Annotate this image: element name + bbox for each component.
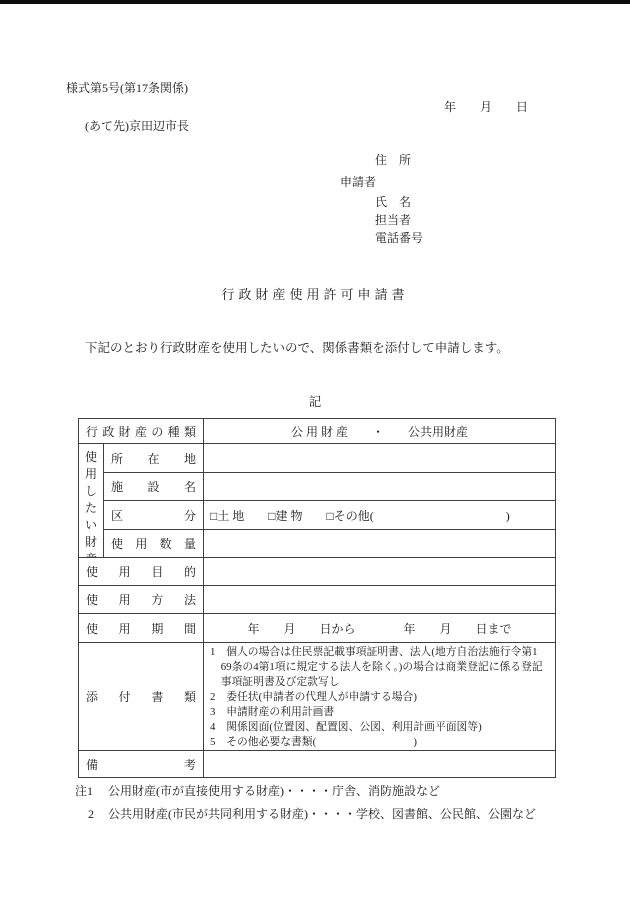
property-type-label: 行政財産の種類 xyxy=(79,423,203,440)
desired-property-vertical-header-cell: 使用したい財産 xyxy=(79,444,104,558)
form-number: 様式第5号(第17条関係) xyxy=(66,81,188,95)
intro-sentence: 下記のとおり行政財産を使用したいので、関係書類を添付して申請します。 xyxy=(85,341,509,356)
desired-property-vertical-label: 使用したい財産 xyxy=(79,446,103,556)
application-form-table: 行政財産の種類 公 用 財 産 ・ 公共用財産 使用したい財産 所在地 施設名 … xyxy=(78,418,556,778)
address-label: 住 所 xyxy=(375,153,411,167)
location-label: 所在地 xyxy=(104,450,203,467)
footnote-2-text: 公共用財産(市民が共同利用する財産)・・・・学校、図書館、公民館、公園など xyxy=(108,807,536,821)
purpose-value-cell xyxy=(204,558,556,586)
facility-name-value-cell xyxy=(204,473,556,501)
date-line: 年 月 日 xyxy=(444,100,528,114)
remarks-label: 備考 xyxy=(79,756,203,773)
footnote-1: 注1 公用財産(市が直接使用する財産)・・・・庁舎、消防施設など xyxy=(75,784,440,798)
method-label: 使用方法 xyxy=(79,591,203,608)
property-type-label-cell: 行政財産の種類 xyxy=(79,419,204,444)
addressee: (あて先)京田辺市長 xyxy=(85,119,189,133)
category-checkboxes-cell: □土 地 □建 物 □その他( ) xyxy=(204,501,556,530)
attachments-label: 添付書類 xyxy=(79,688,203,705)
attachments-label-cell: 添付書類 xyxy=(79,643,204,751)
period-label: 使用期間 xyxy=(79,620,203,637)
quantity-label: 使用数量 xyxy=(104,535,203,552)
footnote-2-marker: 2 xyxy=(75,807,108,821)
location-label-cell: 所在地 xyxy=(104,444,204,473)
method-value-cell xyxy=(204,586,556,614)
scan-edge-artifact xyxy=(0,0,630,4)
purpose-label-cell: 使用目的 xyxy=(79,558,204,586)
attachments-list-cell: 1 個人の場合は住民票記載事項証明書、法人(地方自治法施行令第1 69条の4第1… xyxy=(204,643,556,751)
document-page: 様式第5号(第17条関係) 年 月 日 (あて先)京田辺市長 住 所 申請者 氏… xyxy=(0,0,630,903)
quantity-label-cell: 使用数量 xyxy=(104,530,204,558)
period-value-cell: 年 月 日から 年 月 日まで xyxy=(204,614,556,643)
category-label: 区分 xyxy=(104,507,203,524)
name-label: 氏 名 xyxy=(375,195,411,209)
section-mark-ki: 記 xyxy=(0,395,630,410)
phone-number-label: 電話番号 xyxy=(375,231,423,245)
applicant-label: 申請者 xyxy=(340,175,376,189)
footnote-1-text: 公用財産(市が直接使用する財産)・・・・庁舎、消防施設など xyxy=(108,784,440,798)
purpose-label: 使用目的 xyxy=(79,563,203,580)
document-title: 行政財産使用許可申請書 xyxy=(0,287,630,302)
contact-person-label: 担当者 xyxy=(375,213,411,227)
remarks-label-cell: 備考 xyxy=(79,751,204,778)
quantity-value-cell xyxy=(204,530,556,558)
property-type-value-cell: 公 用 財 産 ・ 公共用財産 xyxy=(204,419,556,444)
category-label-cell: 区分 xyxy=(104,501,204,530)
footnote-1-marker: 注1 xyxy=(75,784,108,798)
facility-name-label-cell: 施設名 xyxy=(104,473,204,501)
location-value-cell xyxy=(204,444,556,473)
method-label-cell: 使用方法 xyxy=(79,586,204,614)
period-label-cell: 使用期間 xyxy=(79,614,204,643)
facility-name-label: 施設名 xyxy=(104,478,203,495)
remarks-value-cell xyxy=(204,751,556,778)
footnote-2: 2 公共用財産(市民が共同利用する財産)・・・・学校、図書館、公民館、公園など xyxy=(75,807,536,821)
